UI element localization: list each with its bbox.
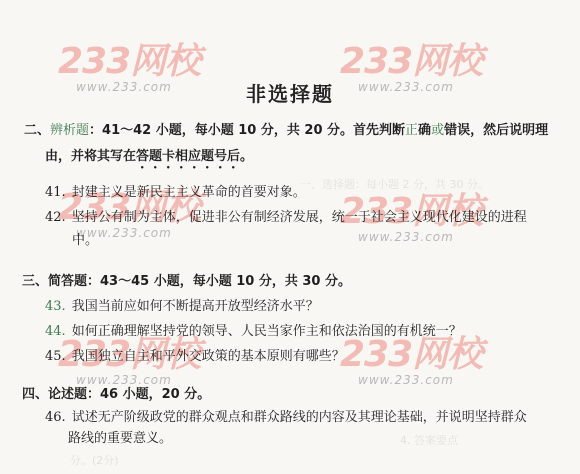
section-number: 二、 <box>24 123 50 138</box>
watermark-logo: 233网校 <box>58 44 200 80</box>
section-heading-analysis-cont: 由，并将其写在答题卡相应题号后。 <box>45 145 253 172</box>
page-title: 非选择题 <box>0 78 580 107</box>
question-text: 封建主义是新民主主义革命的首要对象。 <box>72 185 306 200</box>
watermark-url: www.233.com <box>358 230 482 244</box>
question-43: 43.我国当前应如何不断提高开放型经济水平？ <box>45 295 319 314</box>
watermark-logo: 233网校 <box>340 44 482 80</box>
question-number: 41. <box>45 185 66 200</box>
question-number: 44. <box>45 324 66 339</box>
section-instructions: 错误，然后说明理 <box>444 123 548 138</box>
question-text: 我国独立自主和平外交政策的基本原则有哪些？ <box>72 349 345 364</box>
watermark-logo: 233网校 <box>340 337 482 373</box>
question-text: 如何正确理解坚持党的领导、人民当家作主和依法治国的有机统一？ <box>72 324 462 339</box>
section-heading-analysis: 二、辨析题：41～42 小题，每小题 10 分，共 20 分。首先判断正确或错误… <box>24 119 548 138</box>
question-number: 43. <box>45 299 66 314</box>
section-instructions: ：41～42 小题，每小题 10 分，共 20 分。首先判断 <box>89 123 405 138</box>
question-44: 44.如何正确理解坚持党的领导、人民当家作主和依法治国的有机统一？ <box>45 320 462 339</box>
section-heading-short-answer: 三、简答题：43～45 小题，每小题 10 分，共 30 分。 <box>22 270 351 289</box>
question-text: 我国当前应如何不断提高开放型经济水平？ <box>72 299 319 314</box>
section-type: 辨析题 <box>50 123 89 138</box>
question-45: 45.我国独立自主和平外交政策的基本原则有哪些？ <box>45 345 345 364</box>
section-instructions: 确 <box>418 123 431 138</box>
question-text: 坚持公有制为主体，促进非公有制经济发展，统一于社会主义现代化建设的进程 <box>72 210 527 225</box>
bleed-through-text: 4. 答案要点 <box>400 432 458 448</box>
section-instructions: 由，并将其写在 <box>45 149 136 164</box>
section-heading-essay: 四、论述题：46 小题，20 分。 <box>22 383 210 402</box>
exam-page: 一、选择题：每小题 2 分，共 30 分。 4. 答案要点 分。(2分) 233… <box>0 0 580 474</box>
emphasized-text: 答题卡相应题号后 <box>136 149 240 164</box>
bleed-through-text: 分。(2分) <box>70 452 119 468</box>
question-41: 41.封建主义是新民主主义革命的首要对象。 <box>45 181 306 200</box>
highlight-text: 或 <box>431 123 444 138</box>
question-number: 45. <box>45 349 66 364</box>
question-number: 42. <box>45 210 66 225</box>
question-42-cont: 中。 <box>72 229 98 248</box>
highlight-text: 正 <box>405 123 418 138</box>
question-text: 试述无产阶级政党的群众观点和群众路线的内容及其理论基础，并说明坚持群众 <box>72 410 527 425</box>
question-46-cont: 路线的重要意义。 <box>68 427 172 446</box>
watermark-url: www.233.com <box>358 373 482 387</box>
question-42: 42.坚持公有制为主体，促进非公有制经济发展，统一于社会主义现代化建设的进程 <box>45 206 527 225</box>
watermark: 233网校 www.233.com <box>340 337 482 387</box>
question-number: 46. <box>45 410 66 425</box>
question-46: 46.试述无产阶级政党的群众观点和群众路线的内容及其理论基础，并说明坚持群众 <box>45 406 527 425</box>
section-instructions: 。 <box>240 149 253 164</box>
bleed-through-text: 一、选择题：每小题 2 分，共 30 分。 <box>300 176 489 192</box>
